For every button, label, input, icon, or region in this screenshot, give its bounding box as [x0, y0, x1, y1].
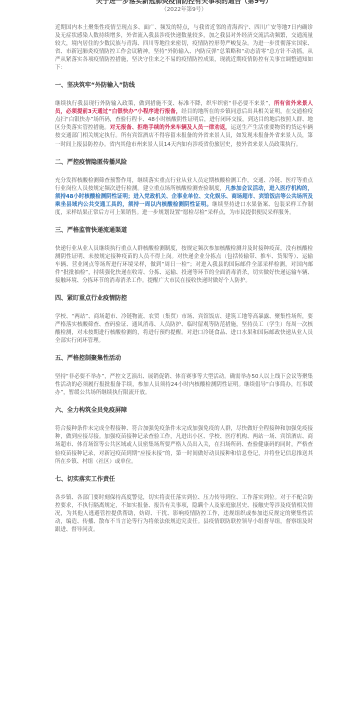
section-heading: 四、紧盯重点行业疫情防控 — [55, 295, 313, 303]
body-text: 快递行业从业人员继续执行重点人群核酸检测制度，按规定频次参加核酸检测并及时接种疫… — [55, 246, 313, 284]
article: 关于进一步落实新冠肺炎疫情防控有关事项的通告（第9号） （2022年第9号） 近… — [55, 0, 313, 534]
body-text: 坚持“非必要不举办”，严控文艺演出、展销促销、体育赛事等大型活动。确需举办50人… — [55, 374, 313, 396]
page-title: 关于进一步落实新冠肺炎疫情防控有关事项的通告（第9号） — [55, 0, 313, 5]
section-paragraph: 坚持“非必要不举办”，严控文艺演出、展销促销、体育赛事等大型活动。确需举办50人… — [55, 373, 313, 397]
section-paragraph: 符合接种条件未完成全程接种、符合加强免疫条件未完成加强免疫的人群，尽快做好全程接… — [55, 425, 313, 465]
section-paragraph: 继续执行我县现行外防输入政策，做到措施不变、标准不降，织牢织密“非必要不来景”，… — [55, 100, 313, 148]
body-text: 各乡镇、各部门要时刻保持高度警觉，切实将责任落实到位、压力传导到位、工作落实到位… — [55, 495, 313, 533]
body-text: 学校、“两站”、商场超市、冷链物流、农贸（集贸）市场、宾馆饭店、建筑工地等高暴露… — [55, 314, 313, 344]
sections: 一、坚决筑牢“外防输入”防线继续执行我县现行外防输入政策，做到措施不变、标准不降… — [55, 82, 313, 534]
highlight-red-text: 对无报备、拒绝手续的外来车辆及人员一律劝返， — [110, 125, 231, 131]
body-text: 符合接种条件未完成全程接种、符合加强免疫条件未完成加强免疫的人群，尽快做好全程接… — [55, 426, 313, 464]
section-heading: 三、严格监管快递流通渠道 — [55, 227, 313, 235]
section-heading: 二、严控疫情隐匿传播风险 — [55, 159, 313, 167]
section-paragraph: 学校、“两站”、商场超市、冷链物流、农贸（集贸）市场、宾馆饭店、建筑工地等高暴露… — [55, 313, 313, 345]
section-paragraph: 快递行业从业人员继续执行重点人群核酸检测制度，按规定频次参加核酸检测并及时接种疫… — [55, 245, 313, 285]
issue-number: （2022年第9号） — [55, 6, 313, 14]
section-heading: 六、全力构筑全员免疫屏障 — [55, 407, 313, 415]
body-text: 继续执行我县现行外防输入政策，做到措施不变、标准不降，织牢织密“非必要不来景”， — [55, 101, 274, 107]
intro-paragraph: 近期国内本土聚集性疫情呈现点多、面广、频发的特点，与我省近邻的青海西宁、四川广安… — [55, 24, 313, 72]
section-heading: 一、坚决筑牢“外防输入”防线 — [55, 82, 313, 90]
section-heading: 七、切实落实工作责任 — [55, 476, 313, 484]
section-heading: 五、严格控制聚集性活动 — [55, 355, 313, 363]
section-paragraph: 充分发挥核酸检测筛查预警作用，继续落实重点行业从业人员定期核酸检测工作，交通、冷… — [55, 177, 313, 217]
section-paragraph: 各乡镇、各部门要时刻保持高度警觉，切实将责任落实到位、压力传导到位、工作落实到位… — [55, 494, 313, 534]
